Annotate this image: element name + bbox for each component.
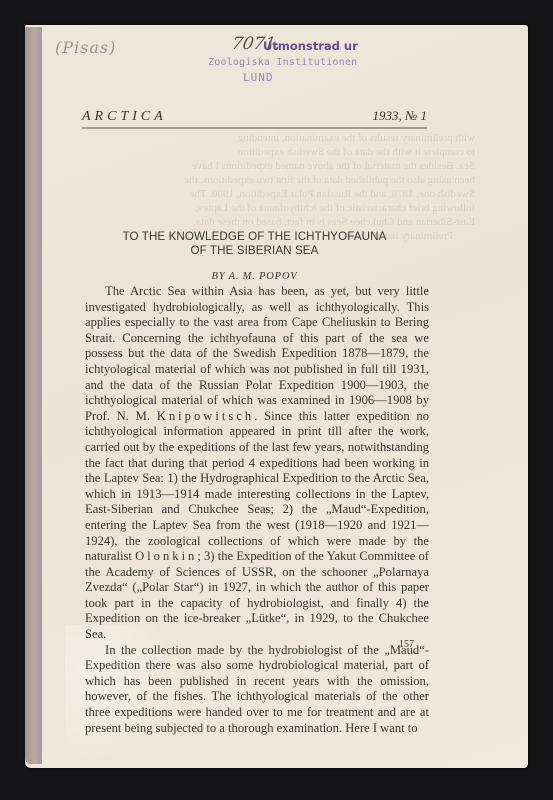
handwritten-note: (Pisas) [55,38,116,57]
library-stamp-line2: Zoologiska Institutionen [208,57,357,68]
journal-name: ARCTICA [82,109,167,125]
paragraph-2: In the collection made by the hydrobiolo… [85,643,429,737]
running-head: ARCTICA 1933, № 1 [82,108,427,125]
article-body: The Arctic Sea within Asia has been, as … [85,284,429,736]
bleed-through-text: with preliminary results of the examinat… [215,131,475,243]
library-stamp-line3: LUND [243,71,274,84]
title-line-2: OF THE SIBERIAN SEA [82,244,427,258]
paragraph-1: The Arctic Sea within Asia has been, as … [85,284,429,643]
author-byline: BY A. M. POPOV [82,271,427,282]
name-olonkin: Olonkin [135,549,197,563]
header-rule [82,127,427,129]
name-knipowitsch: Knipowitsch [157,409,254,423]
article-title: TO THE KNOWLEDGE OF THE ICHTHYOFAUNA OF … [82,230,427,258]
page-number: 157 [399,639,414,650]
issue-number: 1933, № 1 [372,108,427,124]
document-page: (Pisas) 7071. Utmonstrad ur Zoologiska I… [25,25,528,768]
library-stamp-line1: Utmonstrad ur [263,39,358,53]
binding-spine [25,27,42,764]
title-line-1: TO THE KNOWLEDGE OF THE ICHTHYOFAUNA [82,230,427,244]
